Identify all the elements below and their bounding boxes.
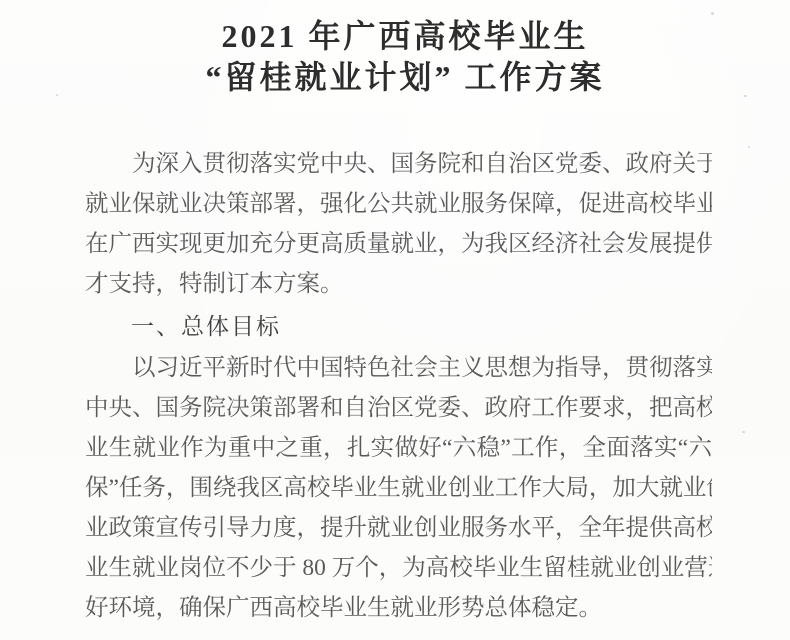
scan-speck — [748, 146, 750, 148]
text-line: 业政策宣传引导力度，提升就业创业服务水平，全年提供高校毕 — [85, 508, 712, 548]
text-line: 为深入贯彻落实党中央、国务院和自治区党委、政府关于稳 — [85, 144, 712, 184]
text-line: 好环境，确保广西高校毕业生就业形势总体稳定。 — [85, 588, 712, 628]
intro-paragraph: 为深入贯彻落实党中央、国务院和自治区党委、政府关于稳 就业保就业决策部署，强化公… — [85, 144, 712, 304]
text-line: 以习近平新时代中国特色社会主义思想为指导，贯彻落实党 — [85, 348, 712, 388]
text-line: 在广西实现更加充分更高质量就业，为我区经济社会发展提供人 — [85, 224, 712, 264]
text-line: 业生就业作为重中之重，扎实做好“六稳”工作，全面落实“六 — [85, 428, 712, 468]
document-title: 2021 年广西高校毕业生 “留桂就业计划” 工作方案 — [85, 16, 725, 98]
text-line: 就业保就业决策部署，强化公共就业服务保障，促进高校毕业生 — [85, 184, 712, 224]
document-body: 为深入贯彻落实党中央、国务院和自治区党委、政府关于稳 就业保就业决策部署，强化公… — [85, 144, 712, 628]
text-line: 中央、国务院决策部署和自治区党委、政府工作要求，把高校毕 — [85, 388, 712, 428]
scanned-document-page: 2021 年广西高校毕业生 “留桂就业计划” 工作方案 为深入贯彻落实党中央、国… — [0, 0, 790, 640]
scan-speck — [742, 431, 745, 433]
scan-speck — [711, 12, 714, 15]
document-title-line-2: “留桂就业计划” 工作方案 — [85, 57, 725, 98]
section-1-heading: 一、总体目标 — [85, 304, 712, 348]
document-title-line-1: 2021 年广西高校毕业生 — [85, 16, 725, 57]
section-1-paragraph: 以习近平新时代中国特色社会主义思想为指导，贯彻落实党 中央、国务院决策部署和自治… — [85, 348, 712, 628]
text-line: 才支持，特制订本方案。 — [85, 264, 712, 304]
text-line: 保”任务，围绕我区高校毕业生就业创业工作大局，加大就业创 — [85, 468, 712, 508]
scan-speck — [744, 95, 747, 97]
text-line: 业生就业岗位不少于 80 万个，为高校毕业生留桂就业创业营造良 — [85, 548, 712, 588]
scan-speck — [56, 94, 58, 96]
